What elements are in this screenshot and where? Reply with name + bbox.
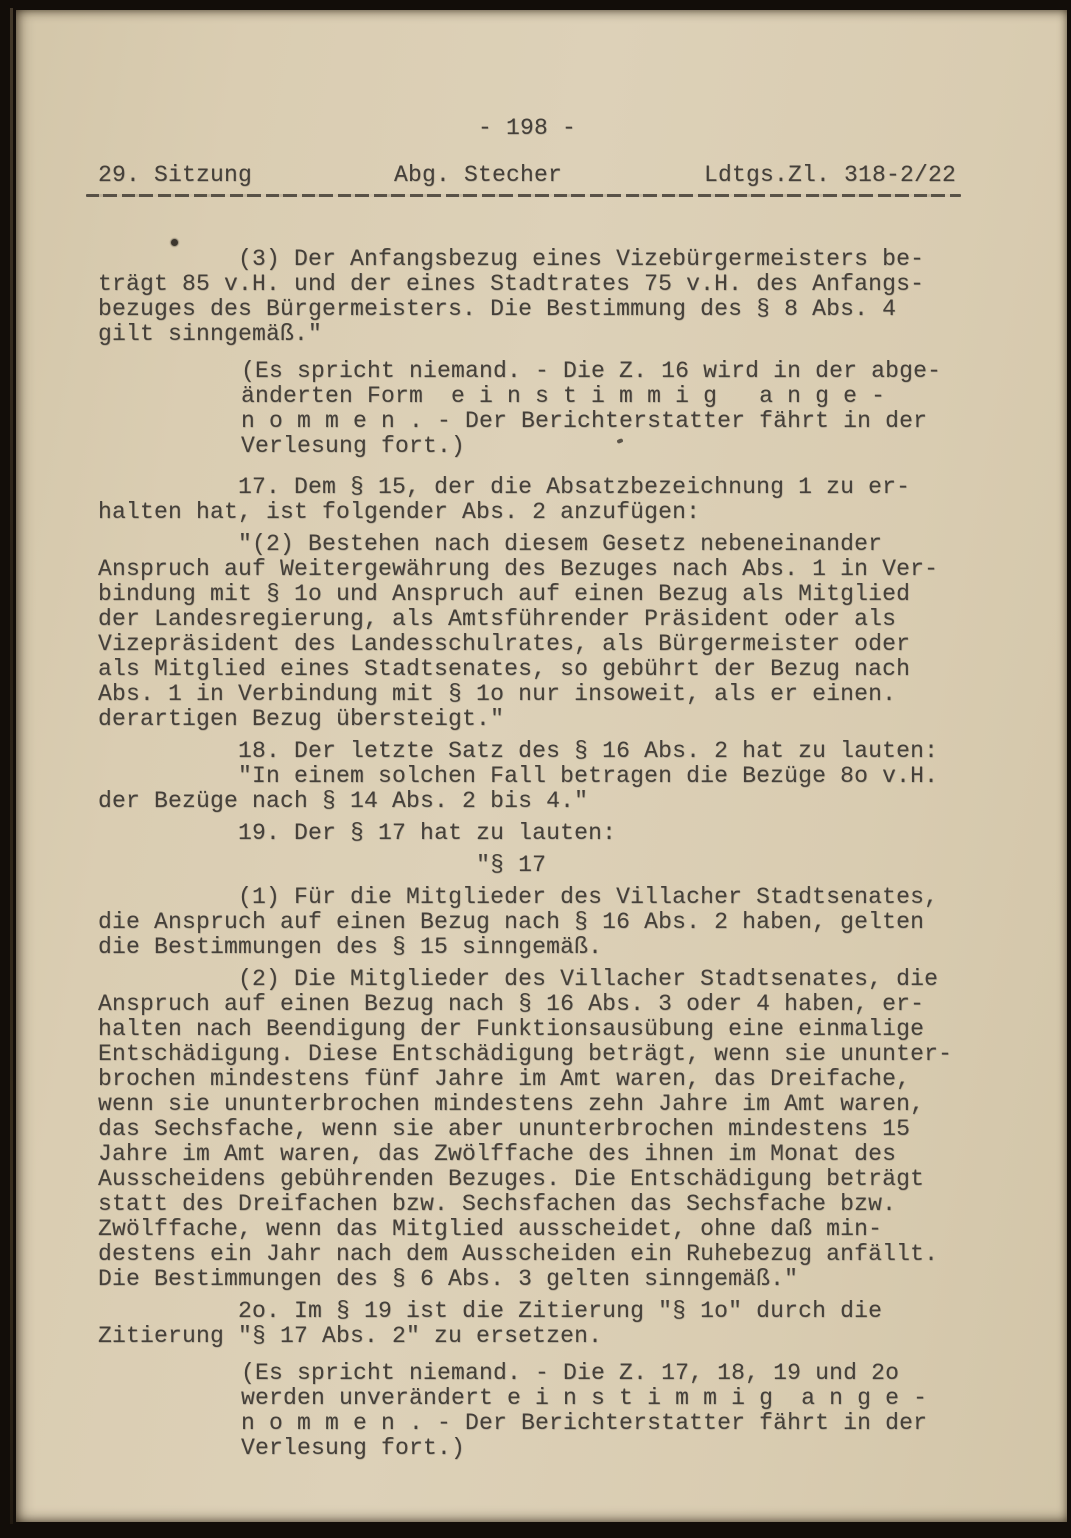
- item-17: 17. Dem § 15, der die Absatzbezeichnung …: [98, 475, 956, 525]
- document-body: (3) Der Anfangsbezug eines Vizebürgermei…: [98, 247, 956, 1461]
- header-rule: [86, 194, 961, 197]
- scanned-document: { "header": { "page_number": "- 198 -", …: [0, 0, 1071, 1538]
- quote-abs-2: "(2) Bestehen nach diesem Gesetz nebenei…: [98, 532, 956, 732]
- paragraph-abs-3: (3) Der Anfangsbezug eines Vizebürgermei…: [98, 247, 956, 347]
- paragraph-abs-1-villach: (1) Für die Mitglieder des Villacher Sta…: [98, 885, 956, 960]
- item-18: 18. Der letzte Satz des § 16 Abs. 2 hat …: [98, 739, 956, 814]
- section-heading-17: "§ 17: [98, 853, 956, 878]
- item-20: 2o. Im § 19 ist die Zitierung "§ 1o" dur…: [98, 1299, 956, 1349]
- text-column: - 198 - 29. Sitzung Abg. Stecher Ldtgs.Z…: [98, 10, 956, 1461]
- previous-page-edge: [10, 8, 13, 1524]
- page-number: - 198 -: [98, 116, 956, 141]
- item-19: 19. Der § 17 hat zu lauten:: [98, 821, 956, 846]
- header-session-label: 29. Sitzung: [98, 163, 252, 188]
- header-speaker-label: Abg. Stecher: [394, 163, 562, 188]
- header-reference-label: Ldtgs.Zl. 318-2/22: [704, 163, 956, 188]
- stage-note-2: (Es spricht niemand. - Die Z. 17, 18, 19…: [241, 1361, 956, 1461]
- running-header: 29. Sitzung Abg. Stecher Ldtgs.Zl. 318-2…: [98, 163, 956, 188]
- stage-note-1: (Es spricht niemand. - Die Z. 16 wird in…: [241, 359, 956, 459]
- paragraph-abs-2-villach: (2) Die Mitglieder des Villacher Stadtse…: [98, 967, 956, 1292]
- document-page: - 198 - 29. Sitzung Abg. Stecher Ldtgs.Z…: [16, 10, 1067, 1522]
